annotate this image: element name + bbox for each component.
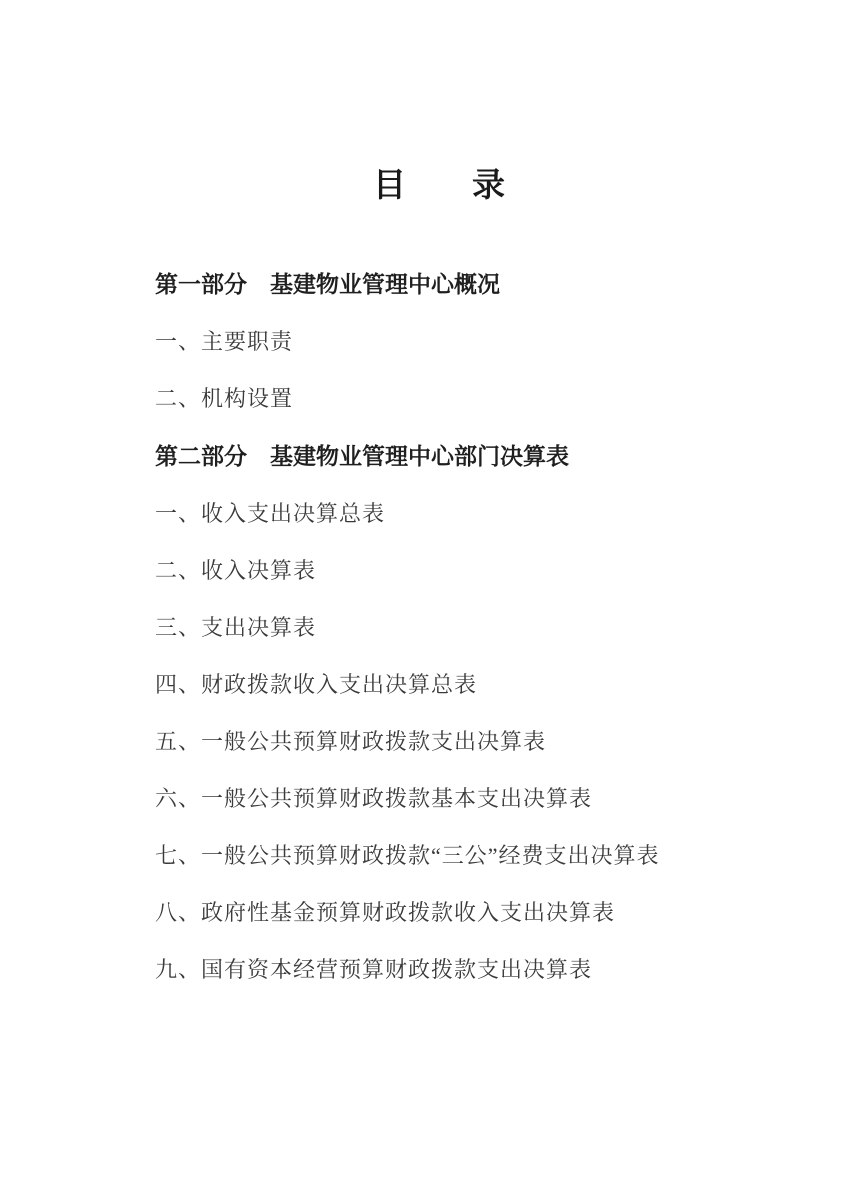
section-1-heading: 第一部分 基建物业管理中心概况 (155, 273, 723, 296)
toc-entry: 九、国有资本经营预算财政拨款支出决算表 (155, 959, 723, 981)
toc-entry: 一、收入支出决算总表 (155, 503, 723, 525)
toc-entry: 八、政府性基金预算财政拨款收入支出决算表 (155, 902, 723, 924)
toc-entry: 二、收入决算表 (155, 560, 723, 582)
toc-section-2: 第二部分 基建物业管理中心部门决算表 一、收入支出决算总表 二、收入决算表 三、… (155, 445, 723, 981)
toc-entry: 二、机构设置 (155, 388, 723, 410)
toc-section-1: 第一部分 基建物业管理中心概况 一、主要职责 二、机构设置 (155, 273, 723, 410)
toc-entry: 三、支出决算表 (155, 617, 723, 639)
toc-entry: 一、主要职责 (155, 331, 723, 353)
document-page: 目 录 第一部分 基建物业管理中心概况 一、主要职责 二、机构设置 第二部分 基… (0, 0, 843, 1193)
toc-entry: 六、一般公共预算财政拨款基本支出决算表 (155, 788, 723, 810)
toc-title: 目 录 (155, 168, 723, 201)
toc-entry: 五、一般公共预算财政拨款支出决算表 (155, 731, 723, 753)
section-2-heading: 第二部分 基建物业管理中心部门决算表 (155, 445, 723, 468)
toc-entry: 七、一般公共预算财政拨款“三公”经费支出决算表 (155, 845, 723, 867)
toc-entry: 四、财政拨款收入支出决算总表 (155, 674, 723, 696)
